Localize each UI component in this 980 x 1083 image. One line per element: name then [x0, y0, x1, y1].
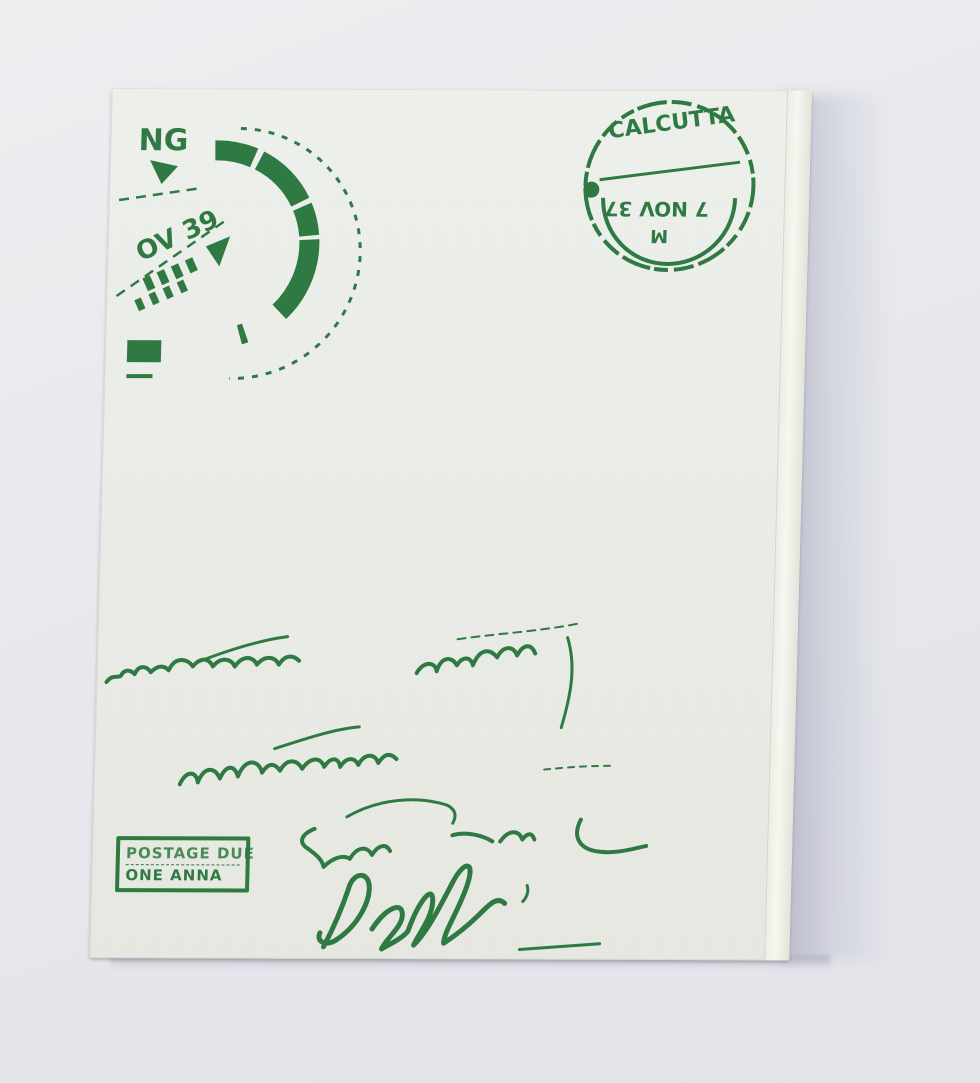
postmark-left-partial-text: NG	[138, 123, 189, 158]
postage-due-line2: ONE ANNA	[125, 864, 240, 886]
handwritten-address	[102, 622, 652, 868]
postage-due-stamp: POSTAGE DUE ONE ANNA	[115, 836, 250, 892]
postmark-right-arc-text: CALCUTTA	[607, 102, 736, 144]
postmark-right-time: M	[650, 225, 668, 246]
postage-due-line1: POSTAGE DUE	[126, 843, 241, 864]
postmark-left: NG OV 39	[114, 123, 363, 379]
book-cover: NG OV 39 CALCUTTA 7 NOV 37 M	[89, 88, 812, 960]
handwritten-signature	[319, 866, 602, 950]
postmark-right-date: 7 NOV 37	[604, 197, 709, 221]
cover-artwork: NG OV 39 CALCUTTA 7 NOV 37 M	[89, 88, 812, 960]
postmark-left-date: OV 39	[132, 204, 224, 268]
